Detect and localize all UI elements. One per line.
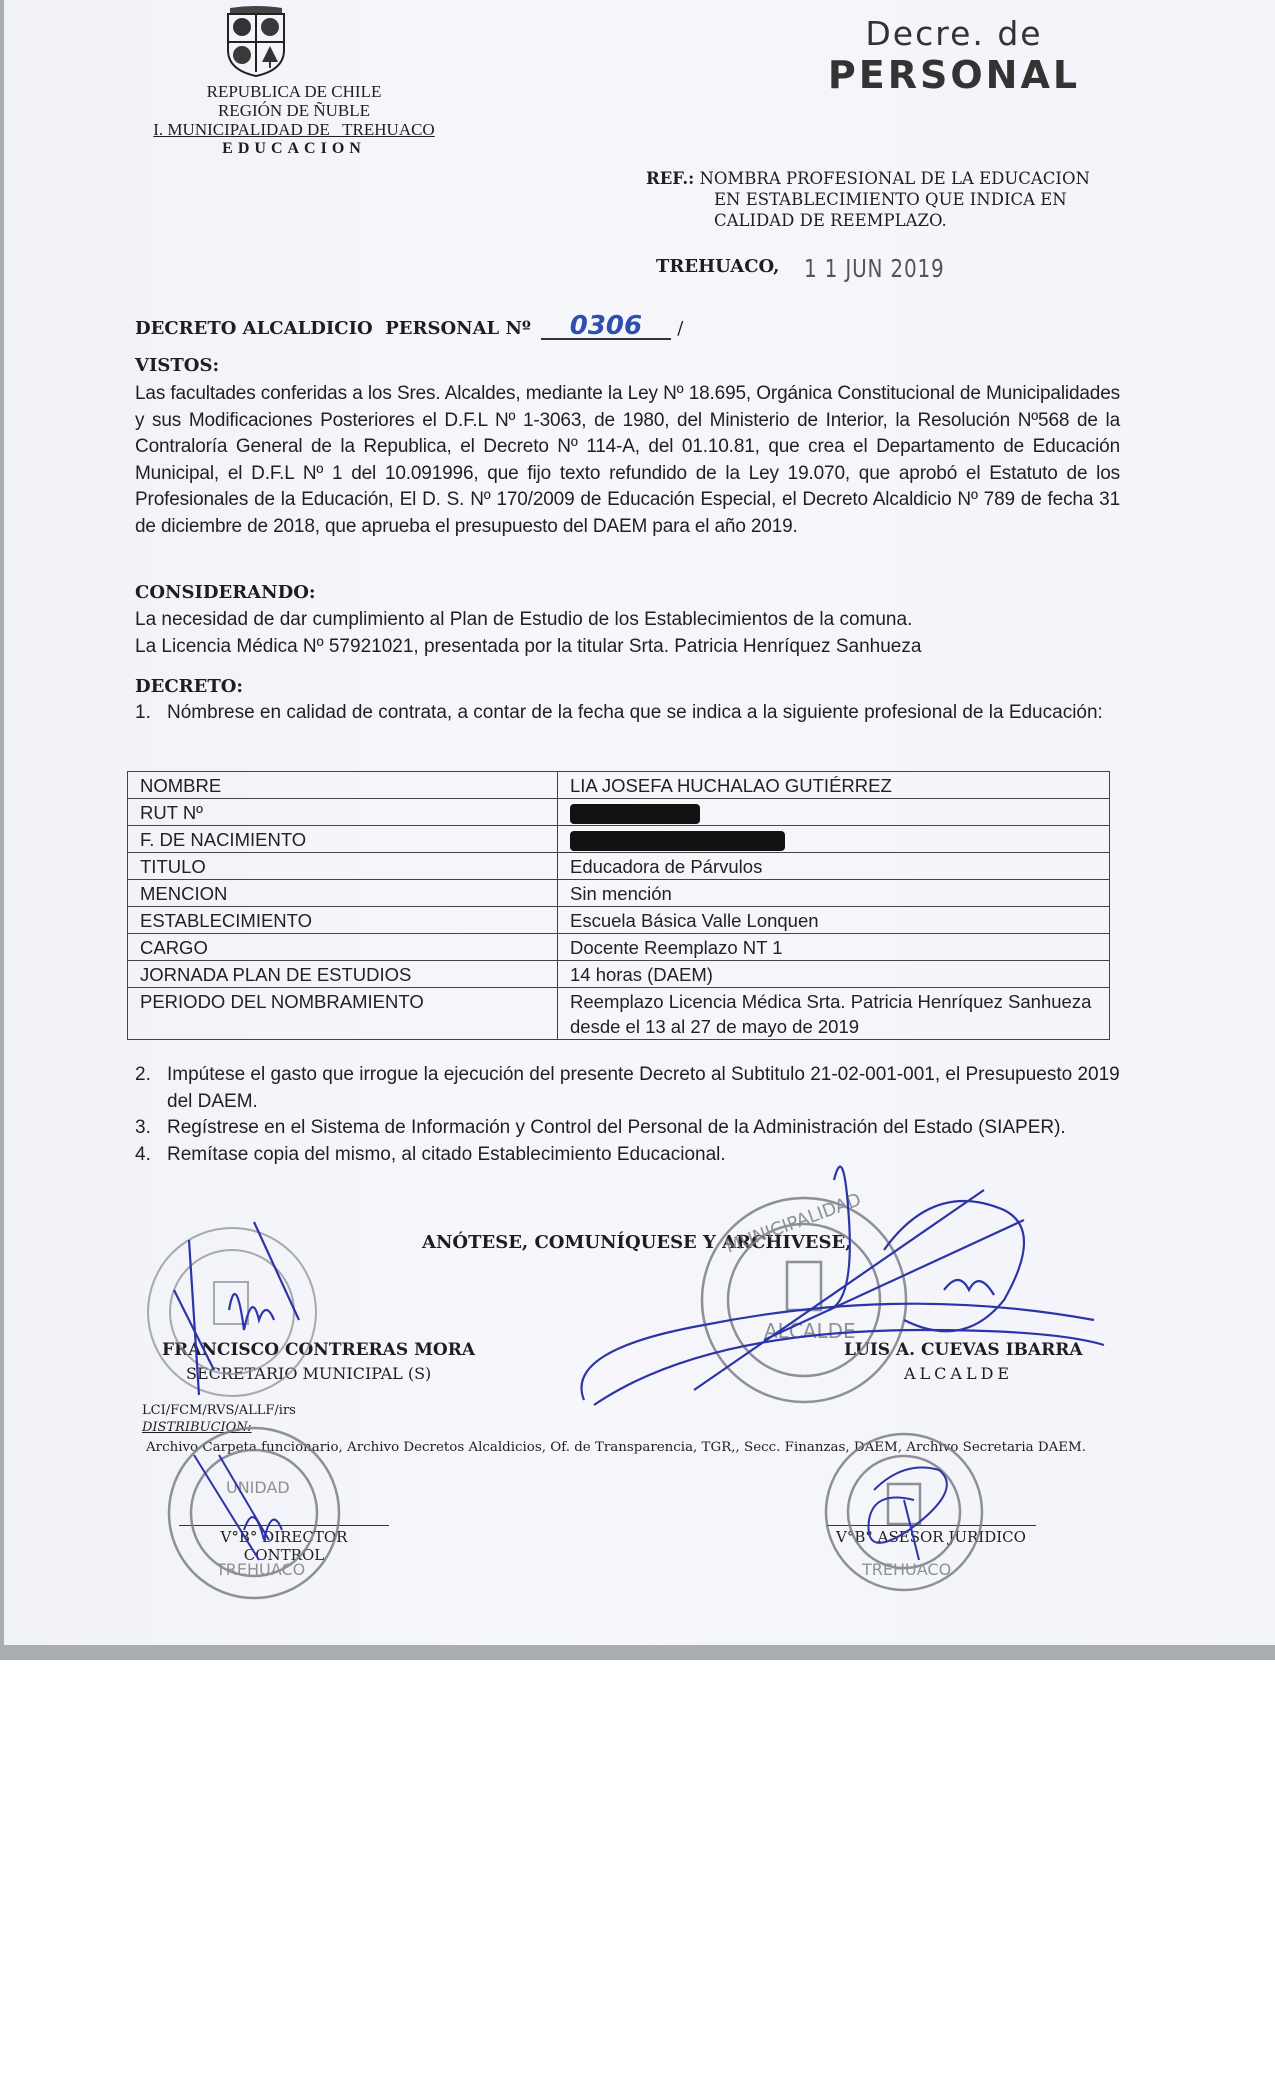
reference-label: REF.: [646, 169, 694, 188]
legal-initials-signature [869, 1468, 947, 1561]
item-number: 2. [135, 1062, 167, 1115]
field-label: PERIODO DEL NOMBRAMIENTO [128, 988, 558, 1040]
vistos-heading: VISTOS: [135, 355, 219, 376]
table-row: CARGODocente Reemplazo NT 1 [128, 934, 1110, 961]
secretary-name: FRANCISCO CONTRERAS MORA [162, 1340, 475, 1360]
decree-slash: / [677, 318, 683, 339]
reference-block: REF.: NOMBRA PROFESIONAL DE LA EDUCACION… [646, 168, 1116, 231]
decree-number-line: DECRETO ALCALDICIO PERSONAL Nº0306 / [135, 314, 683, 340]
field-label: ESTABLECIMIENTO [128, 907, 558, 934]
legal-approval-line: V°B° ASESOR JURIDICO [826, 1525, 1036, 1546]
date-stamp: 1 1 JUN 2019 [804, 254, 945, 283]
field-value [558, 799, 1110, 826]
item-text: Remítase copia del mismo, al citado Esta… [167, 1142, 1120, 1169]
place-label: TREHUACO, [656, 256, 779, 277]
field-value: 14 horas (DAEM) [558, 961, 1110, 988]
field-label: TITULO [128, 853, 558, 880]
mayor-signature [582, 1167, 1105, 1405]
table-row: NOMBRELIA JOSEFA HUCHALAO GUTIÉRREZ [128, 772, 1110, 799]
field-value: Educadora de Párvulos [558, 853, 1110, 880]
municipal-crest-icon [224, 6, 288, 78]
item-number: 1. [135, 700, 167, 727]
mayor-role: ALCALDE [904, 1364, 1013, 1383]
decreto-items: 2. Impútese el gasto que irrogue la ejec… [135, 1062, 1120, 1168]
org-line-country: REPUBLICA DE CHILE [124, 82, 464, 101]
vistos-text: Las facultades conferidas a los Sres. Al… [135, 381, 1120, 540]
table-row: PERIODO DEL NOMBRAMIENTOReemplazo Licenc… [128, 988, 1110, 1040]
field-label: RUT Nº [128, 799, 558, 826]
appointment-details-table: NOMBRELIA JOSEFA HUCHALAO GUTIÉRREZRUT N… [127, 771, 1110, 1040]
secretary-role: SECRETARIO MUNICIPAL (S) [186, 1364, 431, 1383]
decree-title: DECRETO ALCALDICIO PERSONAL Nº [135, 318, 531, 339]
document-type-stamp: Decre. de PERSONAL [804, 14, 1104, 96]
considerando-line-1: La necesidad de dar cumplimiento al Plan… [135, 607, 1120, 634]
svg-text:UNIDAD: UNIDAD [226, 1478, 290, 1497]
mayor-name: LUIS A. CUEVAS IBARRA [844, 1340, 1083, 1360]
table-row: F. DE NACIMIENTO [128, 826, 1110, 853]
reference-line-1: NOMBRA PROFESIONAL DE LA EDUCACION [699, 169, 1089, 188]
table-row: RUT Nº [128, 799, 1110, 826]
field-label: MENCION [128, 880, 558, 907]
field-value: Escuela Básica Valle Lonquen [558, 907, 1110, 934]
field-label: JORNADA PLAN DE ESTUDIOS [128, 961, 558, 988]
mayor-seal-icon: ALCALDE MUNICIPALIDAD [702, 1189, 906, 1402]
field-label: F. DE NACIMIENTO [128, 826, 558, 853]
initials-line: LCI/FCM/RVS/ALLF/irs [142, 1403, 296, 1418]
table-row: JORNADA PLAN DE ESTUDIOS14 horas (DAEM) [128, 961, 1110, 988]
reference-line-2: EN ESTABLECIMIENTO QUE INDICA EN [646, 189, 1116, 210]
decreto-item-2: 2. Impútese el gasto que irrogue la ejec… [135, 1062, 1120, 1115]
decreto-item-3: 3. Regístrese en el Sistema de Informaci… [135, 1115, 1120, 1142]
considerando-line-2: La Licencia Médica Nº 57921021, presenta… [135, 634, 1120, 661]
org-line-municipality: I. MUNICIPALIDAD DE TREHUACO [124, 120, 464, 139]
decreto-heading: DECRETO: [135, 676, 243, 697]
scanned-document-page: REPUBLICA DE CHILE REGIÓN DE ÑUBLE I. MU… [4, 0, 1275, 1645]
org-line-region: REGIÓN DE ÑUBLE [124, 101, 464, 120]
svg-text:ALCALDE: ALCALDE [764, 1319, 856, 1343]
considerando-text: La necesidad de dar cumplimiento al Plan… [135, 607, 1120, 660]
field-value: Sin mención [558, 880, 1110, 907]
stamp-line-1: Decre. de [804, 14, 1104, 54]
decreto-item-1: 1. Nómbrese en calidad de contrata, a co… [135, 700, 1120, 727]
field-value: Reemplazo Licencia Médica Srta. Patricia… [558, 988, 1110, 1040]
redacted-value [570, 804, 700, 824]
table-row: MENCIONSin mención [128, 880, 1110, 907]
svg-text:TREHUACO: TREHUACO [861, 1560, 951, 1579]
control-approval-line: V°B° DIRECTOR CONTROL [179, 1525, 389, 1564]
field-label: CARGO [128, 934, 558, 961]
legal-seal-icon: TREHUACO [826, 1434, 982, 1590]
distribution-heading: DISTRIBUCION: [142, 1420, 252, 1435]
considerando-heading: CONSIDERANDO: [135, 582, 316, 603]
field-value: Docente Reemplazo NT 1 [558, 934, 1110, 961]
redacted-value [570, 831, 785, 851]
table-row: ESTABLECIMIENTOEscuela Básica Valle Lonq… [128, 907, 1110, 934]
item-text: Impútese el gasto que irrogue la ejecuci… [167, 1062, 1120, 1115]
table-row: TITULOEducadora de Párvulos [128, 853, 1110, 880]
stamp-line-2: PERSONAL [804, 54, 1104, 96]
org-line-department: EDUCACION [124, 139, 464, 158]
item-number: 3. [135, 1115, 167, 1142]
field-value: LIA JOSEFA HUCHALAO GUTIÉRREZ [558, 772, 1110, 799]
closing-formula: ANÓTESE, COMUNÍQUESE Y ARCHIVESE, [422, 1232, 852, 1253]
issuing-organization: REPUBLICA DE CHILE REGIÓN DE ÑUBLE I. MU… [124, 82, 464, 158]
item-text: Regístrese en el Sistema de Información … [167, 1115, 1120, 1142]
field-value [558, 826, 1110, 853]
decreto-item-4: 4. Remítase copia del mismo, al citado E… [135, 1142, 1120, 1169]
reference-line-3: CALIDAD DE REEMPLAZO. [646, 210, 1116, 231]
distribution-list: Archivo Carpeta funcionario, Archivo Dec… [146, 1440, 1086, 1455]
item-text: Nómbrese en calidad de contrata, a conta… [167, 700, 1120, 727]
decree-number: 0306 [541, 314, 671, 340]
item-number: 4. [135, 1142, 167, 1169]
field-label: NOMBRE [128, 772, 558, 799]
